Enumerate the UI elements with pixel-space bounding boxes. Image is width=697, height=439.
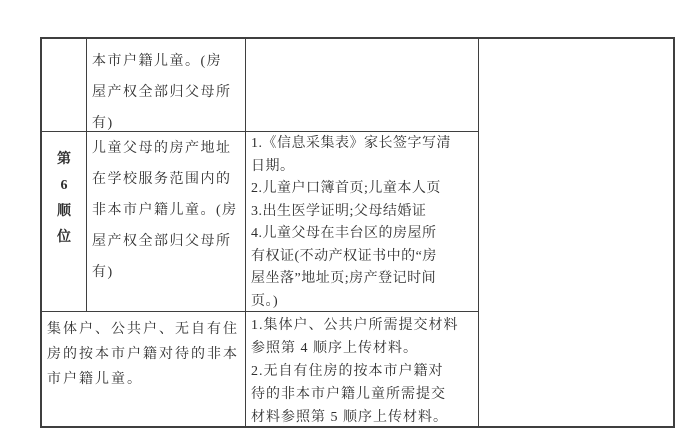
enrollment-priority-table: 本市户籍儿童。(房 屋产权全部归父母所 有) 第 6 顺 位 儿童父母的房产地址… [40,37,675,428]
cell-rank-6-label: 第 6 顺 位 [42,132,87,312]
cell-row3-description: 集体户、公共户、无自有住 房的按本市户籍对待的非本 市户籍儿童。 [42,312,246,426]
cell-row1-rank-empty [42,39,87,132]
cell-row1-materials-empty [246,39,479,132]
document-page: 本市户籍儿童。(房 屋产权全部归父母所 有) 第 6 顺 位 儿童父母的房产地址… [0,0,697,439]
cell-row2-description: 儿童父母的房产地址 在学校服务范围内的 非本市户籍儿童。(房 屋产权全部归父母所… [87,132,246,312]
cell-row3-materials-list: 1.集体户、公共户所需提交材料 参照第 4 顺序上传材料。 2.无自有住房的按本… [246,312,479,426]
cell-right-column-empty [479,39,673,426]
cell-row1-description: 本市户籍儿童。(房 屋产权全部归父母所 有) [87,39,246,132]
cell-row2-materials-list: 1.《信息采集表》家长签字写清 日期。 2.儿童户口簿首页;儿童本人页 3.出生… [246,132,479,312]
